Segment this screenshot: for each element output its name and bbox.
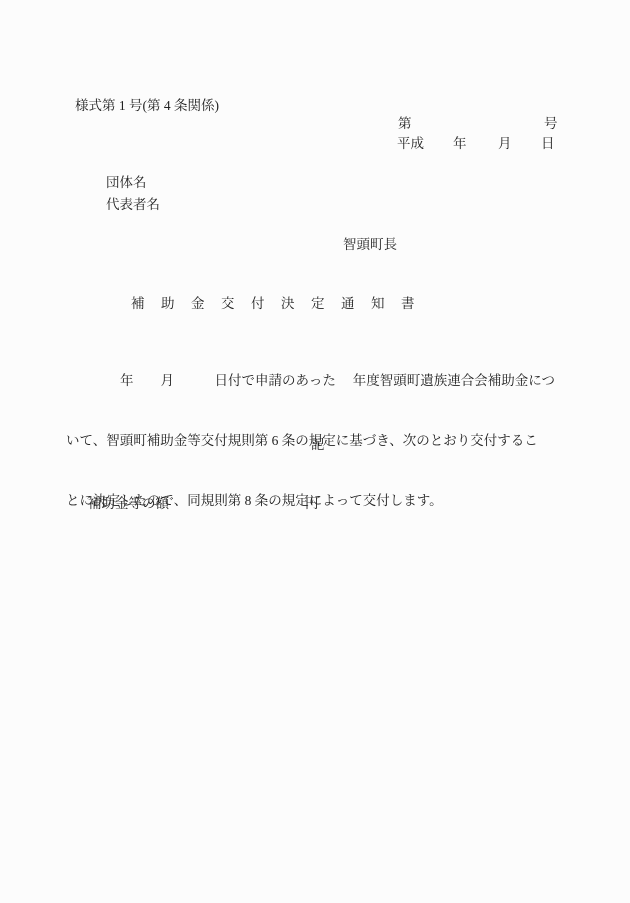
subsidy-amount-label: 補助金等の額 [88,497,169,511]
date-day-label: 日 [541,137,555,151]
currency-unit-label: 円 [305,497,319,511]
document-page: 様式第 1 号(第 4 条関係) 第 号 平成 年 月 日 団体名 代表者名 智… [0,0,630,903]
mayor-title: 智頭町長 [343,238,397,252]
date-month-label: 月 [498,137,512,151]
body-paragraph: 年 月 日付で申請のあった 年度智頭町遺族連合会補助金につ いて、智頭町補助金等… [66,331,586,551]
document-title: 補 助 金 交 付 決 定 通 知 書 [131,297,416,311]
body-line: 年 月 日付で申請のあった 年度智頭町遺族連合会補助金につ [66,371,586,391]
organization-name-label: 団体名 [106,176,147,190]
section-marker: 記 [311,438,325,452]
form-number-label: 様式第 1 号(第 4 条関係) [75,99,219,113]
representative-name-label: 代表者名 [106,198,160,212]
doc-number-prefix: 第 [398,117,412,131]
doc-number-suffix: 号 [544,117,558,131]
date-year-label: 年 [453,137,467,151]
date-era-label: 平成 [397,137,424,151]
body-line: いて、智頭町補助金等交付規則第 6 条の規定に基づき、次のとおり交付するこ [66,431,586,451]
